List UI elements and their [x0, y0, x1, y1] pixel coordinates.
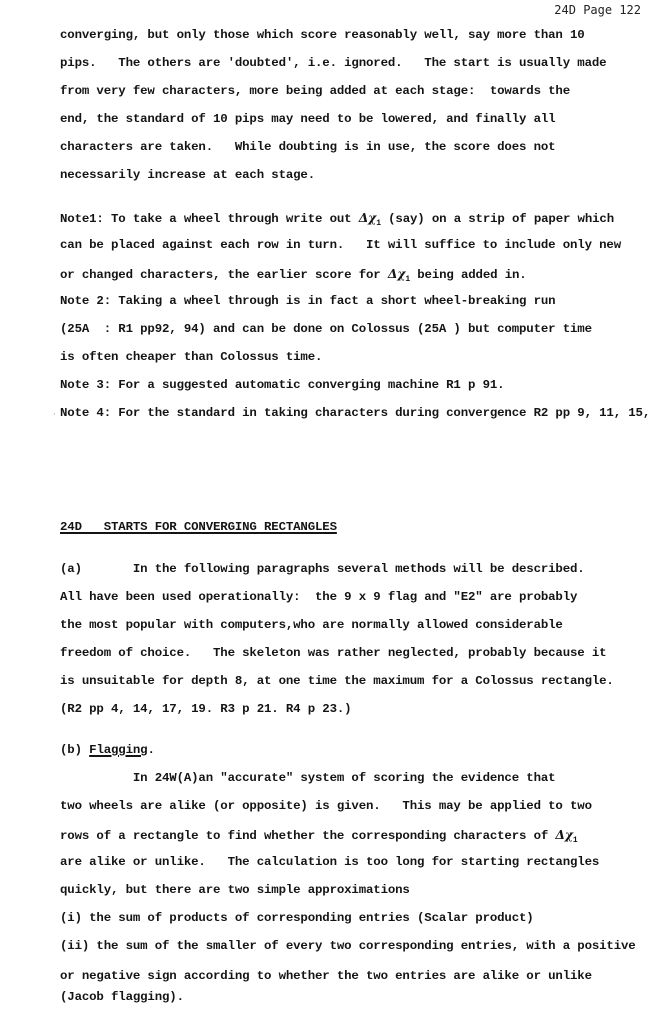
subscript: 1 — [573, 836, 578, 845]
text-line: the most popular with computers,who are … — [60, 618, 563, 632]
note-3: Note 3: For a suggested automatic conver… — [60, 378, 504, 392]
text-line: are alike or unlike. The calculation is … — [60, 855, 599, 869]
delta-chi-symbol: Δχ — [359, 210, 376, 225]
text-line: Note 2: Taking a wheel through is in fac… — [60, 294, 555, 308]
text-line: is often cheaper than Colossus time. — [60, 350, 322, 364]
list-item-i: (i) the sum of products of corresponding… — [60, 911, 534, 925]
text-line: two wheels are alike (or opposite) is gi… — [60, 799, 592, 813]
section-heading: 24D STARTS FOR CONVERGING RECTANGLES — [60, 520, 337, 534]
text-line: can be placed against each row in turn. … — [60, 238, 621, 252]
text-fragment: Note1: To take a wheel through write out — [60, 212, 359, 226]
text-line: (25A : R1 pp92, 94) and can be done on C… — [60, 322, 592, 336]
subsection-heading: (b) Flagging. — [60, 743, 155, 757]
text-line: pips. The others are 'doubted', i.e. ign… — [60, 56, 606, 70]
text-line: end, the standard of 10 pips may need to… — [60, 112, 555, 126]
subsection-title: Flagging — [89, 743, 147, 757]
text-line: quickly, but there are two simple approx… — [60, 883, 410, 897]
list-item-ii: (ii) the sum of the smaller of every two… — [60, 939, 636, 953]
text-line: (R2 pp 4, 14, 17, 19. R3 p 21. R4 p 23.) — [60, 702, 351, 716]
text-fragment: . — [147, 743, 154, 757]
note-4: Note 4: For the standard in taking chara… — [60, 406, 650, 420]
subsection-label: (b) — [60, 743, 89, 757]
text-fragment: rows of a rectangle to find whether the … — [60, 829, 555, 843]
text-line: or changed characters, the earlier score… — [60, 266, 527, 284]
text-line: converging, but only those which score r… — [60, 28, 585, 42]
page-header: 24D Page 122 — [554, 3, 641, 17]
text-line: (Jacob flagging). — [60, 990, 184, 1004]
text-line: rows of a rectangle to find whether the … — [60, 827, 578, 845]
text-line: from very few characters, more being add… — [60, 84, 570, 98]
text-line: is unsuitable for depth 8, at one time t… — [60, 674, 614, 688]
text-fragment: being added in. — [410, 268, 527, 282]
text-line: freedom of choice. The skeleton was rath… — [60, 646, 606, 660]
margin-mark: · — [52, 410, 57, 419]
text-line: or negative sign according to whether th… — [60, 969, 592, 983]
delta-chi-symbol: Δχ — [388, 266, 405, 281]
text-line: characters are taken. While doubting is … — [60, 140, 555, 154]
text-fragment: (say) on a strip of paper which — [381, 212, 614, 226]
text-line: All have been used operationally: the 9 … — [60, 590, 577, 604]
text-line: Note1: To take a wheel through write out… — [60, 210, 614, 228]
delta-chi-symbol: Δχ — [555, 827, 572, 842]
text-line: (a) In the following paragraphs several … — [60, 562, 585, 576]
text-line: In 24W(A)an "accurate" system of scoring… — [60, 771, 555, 785]
text-line: necessarily increase at each stage. — [60, 168, 315, 182]
text-fragment: or changed characters, the earlier score… — [60, 268, 388, 282]
